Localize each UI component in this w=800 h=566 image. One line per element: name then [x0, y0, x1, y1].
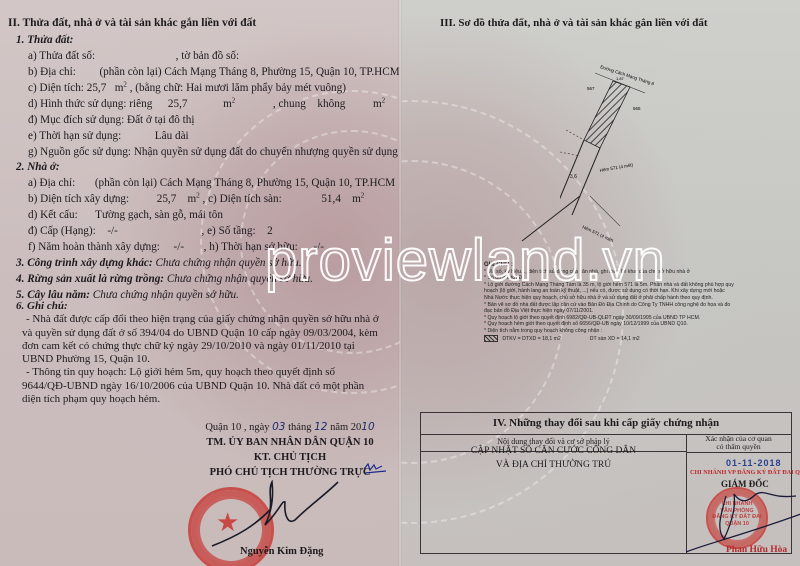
- signer-role-1: KT. CHỦ TỊCH: [190, 450, 390, 465]
- build-area-value: 25,7: [157, 193, 177, 205]
- confirmation-column: Xác nhận của cơ quan có thẩm quyền 01-11…: [686, 434, 791, 553]
- land-parcel-row: a) Thửa đất số: , tờ bản đồ số:: [28, 50, 239, 64]
- completion-value: -/-: [173, 241, 184, 253]
- area-value: 25,7: [87, 82, 107, 94]
- structure-value: Tường gạch, sàn gỗ, mái tôn: [95, 209, 223, 221]
- build-area-label: b) Diện tích xây dựng:: [28, 193, 129, 205]
- year-value: 10: [361, 421, 374, 433]
- hatch-legend-icon: [484, 335, 498, 342]
- house-structure-row: d) Kết cấu: Tường gạch, sàn gỗ, mái tôn: [28, 209, 223, 223]
- shared-label: , chung: [273, 98, 306, 110]
- private-area-value: 25,7: [168, 98, 188, 110]
- confirmation-date: 01-11-2018: [726, 458, 782, 468]
- house-address-row: a) Địa chỉ: (phần còn lại) Cách Mạng Thá…: [28, 177, 395, 191]
- legend-right: DT sàn XD = 14,1 m2: [590, 335, 640, 341]
- term-label: e) Thời hạn sử dụng:: [28, 130, 121, 142]
- unit: m: [352, 193, 361, 205]
- area-label: c) Diện tích:: [28, 82, 84, 94]
- svg-text:3,6: 3,6: [570, 174, 577, 180]
- land-usage-form-row: d) Hình thức sử dụng: riêng 25,7 m2 , ch…: [28, 98, 385, 112]
- watermark: proviewland.vn: [265, 232, 666, 290]
- change-line-2: VÀ ĐỊA CHỈ THƯỜNG TRÚ: [421, 460, 686, 470]
- place-date: Quận 10 , ngày 03 tháng 12 năm 2010: [190, 420, 390, 435]
- land-term-row: e) Thời hạn sử dụng: Lâu dài: [28, 130, 189, 144]
- svg-text:567: 567: [587, 86, 595, 91]
- confirmation-signature-icon: [686, 484, 800, 554]
- svg-text:Hẻm 571 (4 mét): Hẻm 571 (4 mét): [599, 162, 634, 173]
- shared-value: không: [317, 98, 345, 110]
- changes-content-column: Nội dung thay đổi và cơ sở pháp lý CẬP N…: [421, 434, 687, 553]
- section-3-title: III. Sơ đồ thửa đất, nhà ở và tài sản kh…: [440, 17, 708, 29]
- item-3-label: 3. Công trình xây dựng khác:: [16, 257, 153, 269]
- confirmation-column-header: Xác nhận của cơ quan có thẩm quyền: [686, 434, 791, 453]
- street-label: Đường Cách Mạng Tháng 8: [600, 64, 655, 86]
- initials-icon: [362, 461, 388, 475]
- land-address-row: b) Địa chỉ: (phần còn lại) Cách Mạng Thá…: [28, 66, 400, 80]
- origin-value: Nhận quyền sử dụng đất do chuyển nhượng …: [134, 146, 400, 158]
- confirmation-signer: Phan Hữu Hòa: [726, 545, 787, 555]
- item-4-label: 4. Rừng sản xuất là rừng trồng:: [16, 273, 164, 285]
- issuer-signature-block: Quận 10 , ngày 03 tháng 12 năm 2010 TM. …: [190, 420, 390, 480]
- month-value: 12: [314, 421, 327, 433]
- month-label: tháng: [288, 422, 311, 433]
- floor-area-value: 51,4: [321, 193, 341, 205]
- purpose-label: đ) Mục đích sử dụng:: [28, 114, 124, 126]
- unit: m: [373, 98, 382, 110]
- notes-section: 6. Ghi chú: - Nhà đất được cấp đổi theo …: [22, 300, 382, 406]
- year-label: năm 20: [330, 422, 361, 433]
- notes-heading: 6. Ghi chú:: [16, 300, 382, 313]
- change-entry: CẬP NHẬT SỐ CĂN CƯỚC CÔNG DÂN VÀ ĐỊA CHỈ…: [421, 446, 686, 470]
- land-area-row: c) Diện tích: 25,7 m2 , (bằng chữ: Hai m…: [28, 82, 346, 96]
- section-2-title: II. Thửa đất, nhà ở và tài sản khác gắn …: [8, 17, 256, 31]
- legend-left: DTKV = DTXD = 18,1 m2: [502, 335, 561, 341]
- confirmation-org: CHI NHÁNH VP ĐĂNG KÝ ĐẤT ĐAI Q.10: [690, 469, 790, 476]
- house-heading: 2. Nhà ở:: [16, 161, 60, 175]
- change-line-1: CẬP NHẬT SỐ CĂN CƯỚC CÔNG DÂN: [421, 446, 686, 456]
- signature-icon: [210, 480, 340, 550]
- unit: m: [188, 193, 197, 205]
- origin-label: g) Nguồn gốc sử dụng:: [28, 146, 131, 158]
- diagram-note: * Bản vẽ sơ đồ nhà đất được lập căn cứ v…: [484, 302, 734, 315]
- changes-table: IV. Những thay đổi sau khi cấp giấy chứn…: [420, 412, 792, 554]
- note-1: - Nhà đất được cấp đổi theo hiện trạng c…: [22, 313, 382, 366]
- address-label: b) Địa chỉ:: [28, 66, 76, 78]
- structure-label: d) Kết cấu:: [28, 209, 78, 221]
- house-address-label: a) Địa chỉ:: [28, 177, 75, 189]
- svg-text:1,87: 1,87: [616, 76, 625, 81]
- floors-label: , e) Số tầng:: [201, 225, 255, 237]
- land-purpose-row: đ) Mục đích sử dụng: Đất ở tại đô thị: [28, 114, 194, 128]
- house-grade-row: đ) Cấp (Hạng): -/- , e) Số tầng: 2: [28, 225, 273, 239]
- signer-name: Nguyễn Kim Đặng: [240, 545, 323, 559]
- house-area-row: b) Diện tích xây dựng: 25,7 m2 , c) Diện…: [28, 193, 364, 207]
- house-address-value: (phần còn lại) Cách Mạng Tháng 8, Phường…: [95, 177, 395, 189]
- svg-text:565: 565: [633, 106, 641, 111]
- changes-table-title: IV. Những thay đổi sau khi cấp giấy chứn…: [421, 413, 791, 435]
- content-column-label: Nội dung thay đổi và cơ sở pháp lý: [421, 434, 686, 447]
- place-date-prefix: Quận 10 , ngày: [205, 422, 269, 433]
- diagram-note: * Quy hoạch hẻm giới theo quyết định số …: [484, 321, 734, 328]
- parcel-number-label: a) Thửa đất số:: [28, 50, 95, 62]
- other-construction-row: 3. Công trình xây dựng khác: Chưa chứng …: [16, 257, 302, 271]
- note-2: - Thông tin quy hoạch: Lộ giới hẻm 5m, q…: [22, 366, 382, 406]
- term-value: Lâu dài: [155, 130, 189, 142]
- grade-value: -/-: [107, 225, 118, 237]
- grade-label: đ) Cấp (Hạng):: [28, 225, 96, 237]
- floor-area-label: , c) Diện tích sàn:: [203, 193, 282, 205]
- address-value: (phần còn lại) Cách Mạng Tháng 8, Phường…: [99, 66, 399, 78]
- land-heading: 1. Thửa đất:: [16, 34, 73, 48]
- purpose-value: Đất ở tại đô thị: [127, 114, 194, 126]
- diagram-note: * Diện tích nằm trong quy hoạch không cô…: [484, 328, 734, 335]
- usage-form-label: d) Hình thức sử dụng: riêng: [28, 98, 152, 110]
- diagram-legend: DTKV = DTXD = 18,1 m2 DT sàn XD = 14,1 m…: [484, 335, 734, 342]
- map-sheet-label: , tờ bản đồ số:: [176, 50, 239, 62]
- completion-label: f) Năm hoàn thành xây dựng:: [28, 241, 160, 253]
- day-value: 03: [272, 421, 285, 433]
- area-words: , (bằng chữ: Hai mươi lăm phẩy bảy mét v…: [130, 82, 346, 94]
- land-origin-row: g) Nguồn gốc sử dụng: Nhận quyền sử dụng…: [28, 146, 400, 160]
- signer-role-2: PHÓ CHỦ TỊCH THƯỜNG TRỰC: [190, 465, 390, 480]
- issuing-org: TM. ỦY BAN NHÂN DÂN QUẬN 10: [190, 435, 390, 450]
- confirm-label-2: có thẩm quyền: [686, 443, 791, 451]
- unit: m: [223, 98, 232, 110]
